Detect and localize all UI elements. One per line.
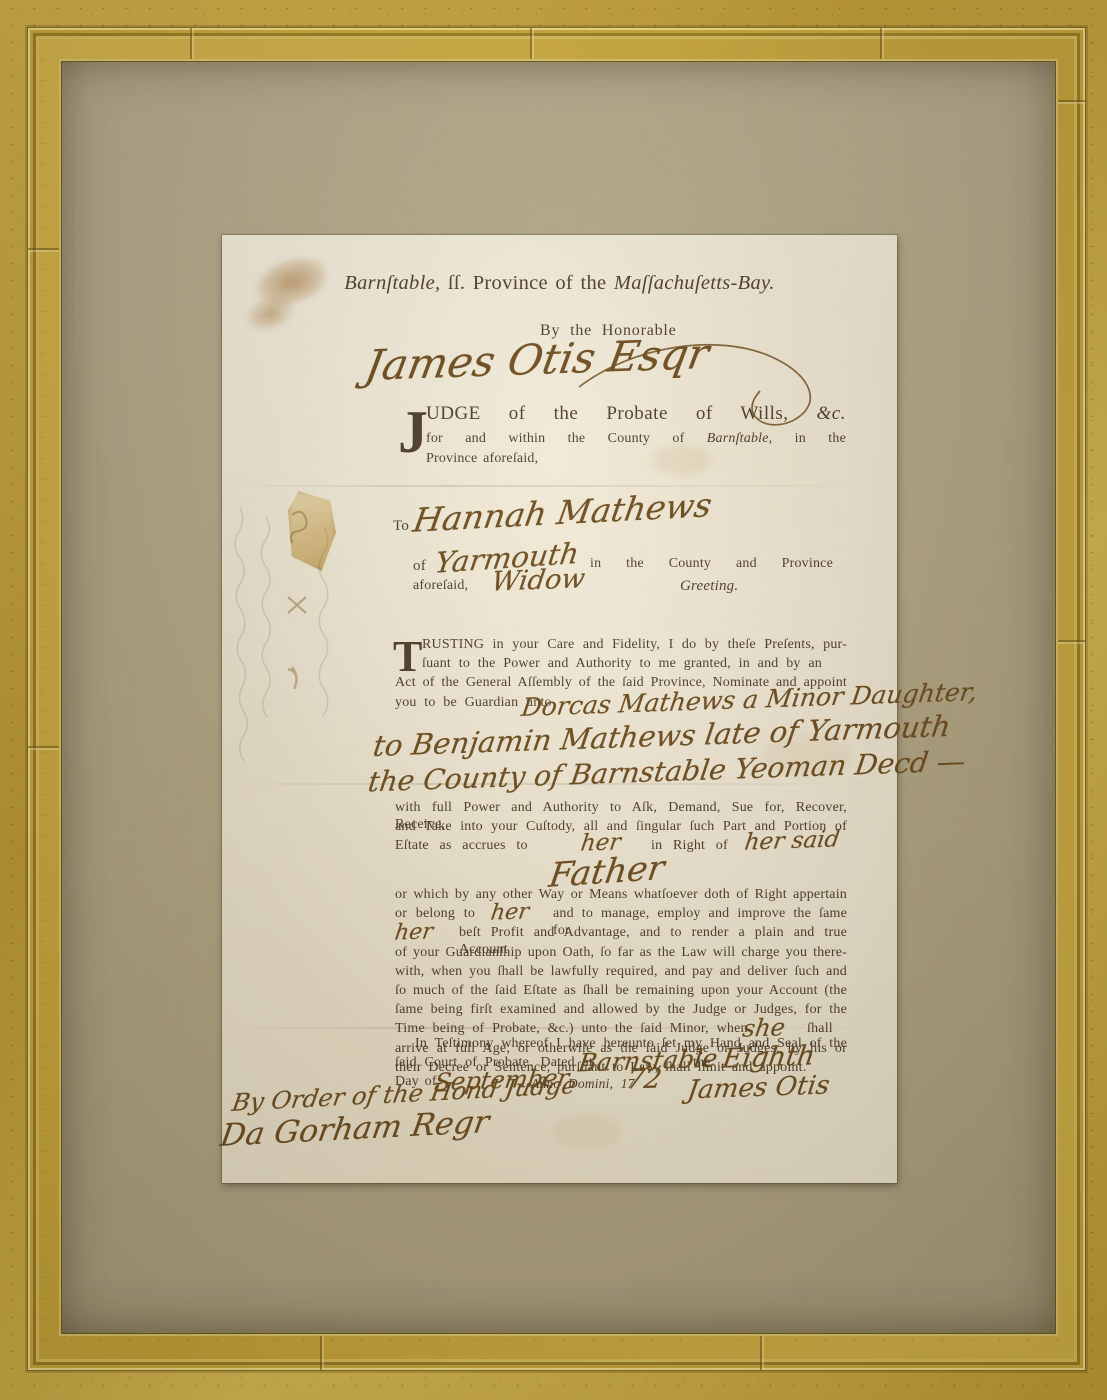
bleedthrough-marks bbox=[222, 487, 352, 827]
dated-day-script: Eighth bbox=[721, 1040, 817, 1074]
judge-line-1-etc: &c. bbox=[817, 403, 846, 424]
judge-line-2c: in the bbox=[772, 431, 846, 446]
faint-stain bbox=[552, 1115, 622, 1149]
her-script-3: her bbox=[393, 919, 434, 945]
frame-joint-notch bbox=[28, 746, 62, 748]
improve-line-6: ſo much of the ſaid Eſtate as ſhall be r… bbox=[395, 983, 847, 1000]
power-block: with full Power and Authority to Aſk, De… bbox=[395, 800, 847, 895]
year-script: 72 bbox=[625, 1063, 664, 1095]
salute-of: of bbox=[413, 557, 426, 575]
salute-aforesaid: aforeſaid, bbox=[413, 578, 468, 595]
header-place: Barnſtable, bbox=[344, 272, 440, 294]
frame-joint-notch bbox=[1051, 640, 1085, 642]
guardian-status: Widow bbox=[490, 563, 587, 597]
salute-greeting: Greeting. bbox=[680, 577, 738, 595]
trusting-line-1: RUSTING in your Care and Fidelity, I do … bbox=[422, 637, 847, 654]
testimony-line-2b: the bbox=[693, 1055, 711, 1072]
header-province: Maſſachuſetts-Bay. bbox=[614, 272, 775, 294]
header-middle: ſſ. Province of the bbox=[440, 272, 613, 294]
judge-line-2a: for and within the County of bbox=[426, 431, 707, 446]
frame-joint-notch bbox=[530, 28, 532, 62]
improve-line-4: of your Guardianſhip upon Oath, ſo far a… bbox=[395, 945, 847, 962]
frame-joint-notch bbox=[880, 28, 882, 62]
trusting-line-2: ſuant to the Power and Authority to me g… bbox=[422, 656, 822, 673]
frame-joint-notch bbox=[28, 248, 62, 250]
salute-to: To bbox=[393, 517, 409, 535]
frame-joint-notch bbox=[760, 1336, 762, 1370]
improve-line-1: or which by any other Way or Means whatſ… bbox=[395, 887, 847, 904]
frame-joint-notch bbox=[190, 28, 192, 62]
judge-signature-bottom: James Otis bbox=[685, 1071, 831, 1106]
trusting-block: T RUSTING in your Care and Fidelity, I d… bbox=[395, 637, 847, 787]
judge-line-1-text: UDGE of the Probate of Wills, bbox=[426, 403, 817, 424]
judge-title-block: J UDGE of the Probate of Wills, &c. for … bbox=[398, 403, 848, 473]
judge-line-1: UDGE of the Probate of Wills, &c. bbox=[426, 403, 846, 426]
judge-line-2: for and within the County of Barnſtable,… bbox=[426, 431, 846, 448]
judge-line-2-county: Barnſtable, bbox=[707, 431, 773, 446]
her-said-script: her said bbox=[743, 826, 842, 855]
power-line-3a: Eſtate as accrues to bbox=[395, 838, 528, 855]
frame-joint-notch bbox=[1051, 100, 1085, 102]
improve-line-5: with, when you ſhall be lawfully require… bbox=[395, 964, 847, 981]
frame-joint-notch bbox=[320, 1336, 322, 1370]
salute-line-2: in the County and Province bbox=[590, 556, 833, 573]
her-script-2: her bbox=[489, 899, 530, 925]
guardian-name: Hannah Mathews bbox=[410, 485, 714, 539]
document-header: Barnſtable, ſſ. Province of the Maſſachu… bbox=[222, 271, 897, 296]
dropcap-J: J bbox=[398, 405, 428, 459]
dropcap-T: T bbox=[393, 638, 422, 675]
judge-line-3: Province aforeſaid, bbox=[426, 451, 538, 468]
document-paper: Barnſtable, ſſ. Province of the Maſſachu… bbox=[222, 235, 897, 1183]
framed-document-photo: Barnſtable, ſſ. Province of the Maſſachu… bbox=[0, 0, 1107, 1400]
